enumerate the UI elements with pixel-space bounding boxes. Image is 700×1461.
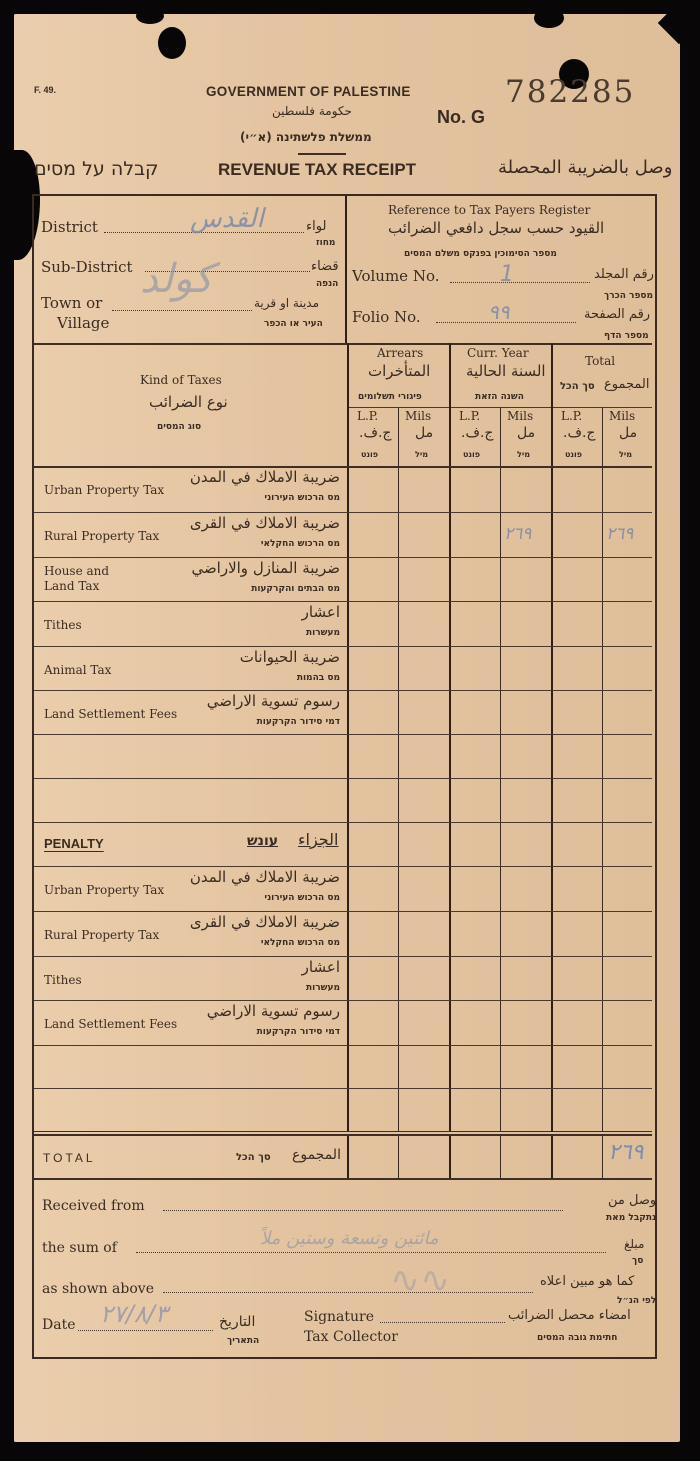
penalty-label-en: PENALTY <box>44 836 104 851</box>
town-label-ar: مدينة او قرية <box>254 296 319 310</box>
mils-header-ar: مل <box>517 425 535 441</box>
tax-row-label-ar: ضريبة الاملاك في القرى <box>190 514 340 532</box>
row-rule <box>34 557 652 558</box>
register-title-he: מספר הסימוכין בפנקס משלם המסים <box>404 249 557 259</box>
tax-row-label-he: מס הרכוש החקלאי <box>261 539 340 549</box>
register-title-en: Reference to Tax Payers Register <box>388 203 590 217</box>
amount-cell[interactable] <box>402 1006 446 1038</box>
folio-label-he: מספר הדף <box>604 331 649 341</box>
column-divider <box>602 407 603 1131</box>
total-label-ar: المجموع <box>292 1147 341 1163</box>
volume-label-he: מספר הכרך <box>604 291 653 301</box>
row-rule <box>34 512 652 513</box>
town-value[interactable]: كولد <box>140 256 213 302</box>
tax-row-label-en-2: Land Tax <box>44 579 99 593</box>
amount-cell[interactable] <box>453 702 497 732</box>
row-rule <box>34 956 652 957</box>
date-label-he: התאריך <box>227 1336 259 1346</box>
as-shown-above-line <box>163 1292 533 1293</box>
mils-header-he: מיל <box>415 450 428 459</box>
tax-row-label-ar: ضريبة المنازل والاراضي <box>191 559 340 577</box>
date-value[interactable]: ٢٧/٨/٣ <box>100 1300 168 1328</box>
sum-of-value[interactable]: مائتين وتسعة وستين ملاً <box>260 1228 439 1249</box>
mils-header-en: Mils <box>507 409 533 423</box>
signature-label: Signature <box>304 1309 374 1325</box>
tax-row-label-en: House and <box>44 564 109 578</box>
amount-cell[interactable] <box>606 613 650 643</box>
as-shown-above-label-he: לפי הנ״ל <box>617 1296 656 1306</box>
total-top-rule <box>34 1134 652 1136</box>
amount-cell[interactable] <box>504 613 548 643</box>
sub-district-label-ar: قضاء <box>311 259 339 274</box>
row-rule <box>34 1088 652 1089</box>
kind-of-taxes-ar: نوع الضرائب <box>149 393 228 411</box>
serial-number: 782285 <box>505 74 635 110</box>
sum-of-label-ar: مبلغ <box>624 1237 644 1251</box>
amount-cell[interactable] <box>351 524 395 554</box>
total-column-divider <box>398 1135 399 1178</box>
tax-row-label-en: Animal Tax <box>44 663 111 677</box>
punch-hole <box>158 27 186 59</box>
penalty-row-label-he: דמי סידור הקרקעות <box>257 1027 340 1037</box>
tax-row-label-he: מעשרות <box>306 628 340 638</box>
arrears-header-ar: المتأخرات <box>368 362 430 380</box>
tax-row-label-ar: ضريبة الاملاك في المدن <box>190 468 340 486</box>
amount-cell[interactable] <box>606 569 650 599</box>
amount-cell[interactable] <box>555 1006 599 1038</box>
curr-year-header-ar: السنة الحالية <box>466 362 546 380</box>
receipt-title-en: REVENUE TAX RECEIPT <box>218 160 416 180</box>
form-box <box>32 194 657 1359</box>
total-column-divider <box>449 1135 451 1178</box>
signature-scribble[interactable]: ∿∿ <box>390 1260 450 1301</box>
received-from-label-he: נתקבל מאת <box>606 1213 656 1223</box>
total-header-ar: المجموع <box>604 377 649 392</box>
town-label-line2: Village <box>57 314 109 332</box>
total-column-divider <box>347 1135 349 1178</box>
amount-cell[interactable] <box>555 962 599 994</box>
district-label: District <box>41 218 98 236</box>
penalty-row-label-ar: ضريبة الاملاك في المدن <box>190 868 340 886</box>
row-rule <box>34 778 652 779</box>
title-he: קבלה על מסים <box>34 158 159 180</box>
amount-cell[interactable] <box>453 962 497 994</box>
signature-label-ar: امضاء محصل الضرائب <box>508 1308 631 1323</box>
register-title-ar: القيود حسب سجل دافعي الضرائب <box>388 219 604 237</box>
amount-cell[interactable] <box>402 524 446 554</box>
penalty-row-label-en: Urban Property Tax <box>44 883 164 897</box>
amount-cell[interactable] <box>351 962 395 994</box>
column-divider <box>449 343 451 1131</box>
mils-header-ar: مل <box>415 425 433 441</box>
penalty-row-label-he: מס הרכוש החקלאי <box>261 938 340 948</box>
total-amount-cell[interactable] <box>353 1140 397 1174</box>
amount-cell[interactable] <box>402 702 446 732</box>
government-title-en: GOVERNMENT OF PALESTINE <box>206 84 411 99</box>
lp-header-en: L.P. <box>561 409 582 423</box>
district-value[interactable]: القدس <box>190 204 264 234</box>
amount-cell[interactable] <box>606 478 650 508</box>
volume-label: Volume No. <box>352 267 439 285</box>
town-label-line1: Town or <box>41 294 102 312</box>
tax-row-label-he: מס הרכוש העירוני <box>264 493 340 503</box>
penalty-row-label-en: Tithes <box>44 973 82 987</box>
lp-header-en: L.P. <box>357 409 378 423</box>
tax-row-label-he: דמי סידור הקרקעות <box>257 717 340 727</box>
sub-district-label: Sub-District <box>41 258 133 276</box>
mils-header-ar: مل <box>619 425 637 441</box>
amount-cell[interactable] <box>606 658 650 688</box>
government-title-ar: حكومة فلسطين <box>272 104 352 118</box>
as-shown-above-label: as shown above <box>42 1281 154 1297</box>
folio-label: Folio No. <box>352 308 421 326</box>
amount-cell[interactable] <box>555 872 599 904</box>
tax-row-label-en: Urban Property Tax <box>44 483 164 497</box>
amount-cell[interactable] <box>504 872 548 904</box>
penalty-row-label-he: מס הרכוש העירוני <box>264 893 340 903</box>
tax-row-label-ar: ضريبة الحيوانات <box>240 648 340 666</box>
amount-cell[interactable] <box>555 702 599 732</box>
lp-header-ar: ج.ف. <box>563 425 595 441</box>
row-rule <box>34 734 652 735</box>
total-column-divider <box>500 1135 501 1178</box>
tax-row-label-he: מס הבתים והקרקעות <box>251 584 340 594</box>
title-ar: وصل بالضريبة المحصلة <box>498 157 672 178</box>
amount-cell[interactable] <box>351 917 395 949</box>
header-top-rule <box>34 343 652 345</box>
amount-cell[interactable] <box>504 569 548 599</box>
total-amount-cell[interactable] <box>557 1140 601 1174</box>
amount-cell[interactable] <box>453 569 497 599</box>
amount-cell[interactable] <box>555 478 599 508</box>
amount-cell[interactable] <box>606 1006 650 1038</box>
punch-hole <box>136 8 164 24</box>
form-code: F. 49. <box>34 85 56 95</box>
penalty-label-ar: الجزاء <box>298 830 338 849</box>
amount-cell[interactable] <box>402 613 446 643</box>
curr-year-header-en: Curr. Year <box>467 346 529 360</box>
curr-year-header-he: השנה הזאת <box>475 392 524 402</box>
sum-of-field-line[interactable] <box>136 1252 606 1253</box>
district-label-ar: لواء <box>306 219 326 234</box>
row-rule <box>34 1000 652 1001</box>
mils-header-he: מיל <box>517 450 530 459</box>
amount-cell[interactable] <box>555 613 599 643</box>
town-label-he: העיר או הכפר <box>264 319 323 329</box>
penalty-label-he: עונש <box>247 833 278 849</box>
amount-cell[interactable] <box>351 872 395 904</box>
penalty-row-label-ar: ضريبة الاملاك في القرى <box>190 913 340 931</box>
amount-cell[interactable]: ٢٦٩ <box>606 524 650 554</box>
district-label-he: מחוז <box>316 238 335 248</box>
tax-collector-label: Tax Collector <box>304 1329 398 1345</box>
total-amount-cell[interactable]: ٢٦٩ <box>608 1140 652 1174</box>
title-rule <box>298 153 346 155</box>
amount-cell[interactable] <box>453 613 497 643</box>
amount-cell[interactable] <box>606 917 650 949</box>
amount-cell[interactable] <box>504 917 548 949</box>
amount-cell[interactable] <box>402 569 446 599</box>
sub-district-label-he: הנפה <box>316 279 338 289</box>
column-divider <box>500 407 501 1131</box>
as-shown-above-label-ar: كما هو مبين اعلاه <box>540 1274 634 1289</box>
amount-cell[interactable] <box>402 478 446 508</box>
volume-field-line[interactable] <box>450 282 590 283</box>
total-label-he: סך הכל <box>236 1152 271 1163</box>
arrears-header-he: פיגורי תשלומים <box>358 392 422 402</box>
amount-cell[interactable] <box>453 658 497 688</box>
amount-cell[interactable] <box>504 1006 548 1038</box>
grid-bottom-rule <box>34 1131 652 1132</box>
date-label: Date <box>42 1317 75 1333</box>
folio-value[interactable]: ٩٩ <box>488 300 509 324</box>
amount-cell[interactable] <box>555 658 599 688</box>
volume-value[interactable]: 1 <box>500 262 514 287</box>
amount-cell[interactable] <box>453 524 497 554</box>
arrears-header-en: Arrears <box>377 346 423 360</box>
amount-cell[interactable] <box>555 524 599 554</box>
received-from-value[interactable] <box>280 1180 287 1205</box>
amount-cell[interactable] <box>402 872 446 904</box>
amount-cell[interactable] <box>351 1006 395 1038</box>
amount-cell[interactable] <box>453 872 497 904</box>
total-amount-cell[interactable] <box>455 1140 499 1174</box>
government-title-he: ממשלת פלשתינה (א״י) <box>240 130 372 144</box>
penalty-row-label-he: מעשרות <box>306 983 340 993</box>
amount-cell[interactable] <box>606 962 650 994</box>
row-rule <box>34 822 652 823</box>
amount-cell[interactable] <box>402 917 446 949</box>
tax-row-label-ar: اعشار <box>302 603 340 621</box>
amount-cell[interactable] <box>555 917 599 949</box>
total-amount-cell[interactable] <box>506 1140 550 1174</box>
mils-header-en: Mils <box>609 409 635 423</box>
volume-label-ar: رقم المجلد <box>594 267 654 282</box>
mils-header-he: מיל <box>619 450 632 459</box>
date-field-line[interactable] <box>78 1330 213 1331</box>
kind-of-taxes-he: סוג המסים <box>157 422 201 432</box>
amount-cell[interactable] <box>351 658 395 688</box>
total-label-en: TOTAL <box>43 1151 96 1165</box>
lp-header-en: L.P. <box>459 409 480 423</box>
lp-header-he: פונט <box>565 450 582 459</box>
tax-collector-label-he: חתימת גובה המסים <box>537 1333 617 1343</box>
total-bottom-rule <box>34 1178 652 1180</box>
lp-header-he: פונט <box>361 450 378 459</box>
amount-cell[interactable] <box>504 478 548 508</box>
punch-hole <box>534 8 564 28</box>
amount-cell[interactable]: ٢٦٩ <box>504 524 548 554</box>
sum-of-label-he: סך <box>632 1256 643 1266</box>
amount-cell[interactable] <box>402 658 446 688</box>
mils-header-en: Mils <box>405 409 431 423</box>
row-rule <box>34 601 652 602</box>
signature-field-line[interactable] <box>380 1322 505 1323</box>
received-from-field-line[interactable] <box>163 1210 563 1211</box>
amount-cell[interactable] <box>504 658 548 688</box>
amount-cell[interactable] <box>351 613 395 643</box>
number-label: No. G <box>437 107 485 128</box>
amount-cell[interactable] <box>453 1006 497 1038</box>
amount-cell[interactable] <box>453 917 497 949</box>
sum-of-label: the sum of <box>42 1240 117 1256</box>
row-rule <box>34 646 652 647</box>
total-column-divider <box>551 1135 553 1178</box>
town-field-line[interactable] <box>112 310 252 311</box>
amount-cell[interactable] <box>555 569 599 599</box>
column-divider <box>398 407 399 1131</box>
total-column-divider <box>602 1135 603 1178</box>
received-from-label: Received from <box>42 1198 145 1214</box>
tax-row-label-ar: رسوم تسوية الاراضي <box>207 692 340 710</box>
tax-row-label-he: מס בהמות <box>297 673 340 683</box>
penalty-row-label-en: Rural Property Tax <box>44 928 159 942</box>
row-rule <box>34 1045 652 1046</box>
penalty-row-label-ar: اعشار <box>302 958 340 976</box>
received-from-label-ar: وصل من <box>608 1193 656 1208</box>
amount-cell[interactable] <box>606 872 650 904</box>
tax-row-label-en: Land Settlement Fees <box>44 707 177 721</box>
folio-label-ar: رقم الصفحة <box>584 307 650 322</box>
total-header-he: סך הכל <box>560 381 595 392</box>
column-divider <box>347 343 349 1131</box>
column-divider <box>551 343 553 1131</box>
amount-cell[interactable] <box>504 962 548 994</box>
amount-cell[interactable] <box>504 702 548 732</box>
row-rule <box>34 866 652 867</box>
table-header-bottom-rule <box>34 466 652 468</box>
divider <box>345 196 347 344</box>
total-header-en: Total <box>585 354 615 368</box>
amount-cell[interactable] <box>351 702 395 732</box>
tax-row-label-en: Tithes <box>44 618 82 632</box>
row-rule <box>34 911 652 912</box>
lp-header-he: פונט <box>463 450 480 459</box>
lp-header-ar: ج.ف. <box>359 425 391 441</box>
amount-cell[interactable] <box>402 962 446 994</box>
amount-cell[interactable] <box>351 478 395 508</box>
total-amount-cell[interactable] <box>404 1140 448 1174</box>
lp-header-ar: ج.ف. <box>461 425 493 441</box>
row-rule <box>34 690 652 691</box>
kind-of-taxes-en: Kind of Taxes <box>140 373 222 387</box>
penalty-row-label-ar: رسوم تسوية الاراضي <box>207 1002 340 1020</box>
date-label-ar: التاريخ <box>219 1314 255 1330</box>
penalty-row-label-en: Land Settlement Fees <box>44 1017 177 1031</box>
amount-cell[interactable] <box>606 702 650 732</box>
amount-cell[interactable] <box>453 478 497 508</box>
tax-row-label-en: Rural Property Tax <box>44 529 159 543</box>
amount-cell[interactable] <box>351 569 395 599</box>
